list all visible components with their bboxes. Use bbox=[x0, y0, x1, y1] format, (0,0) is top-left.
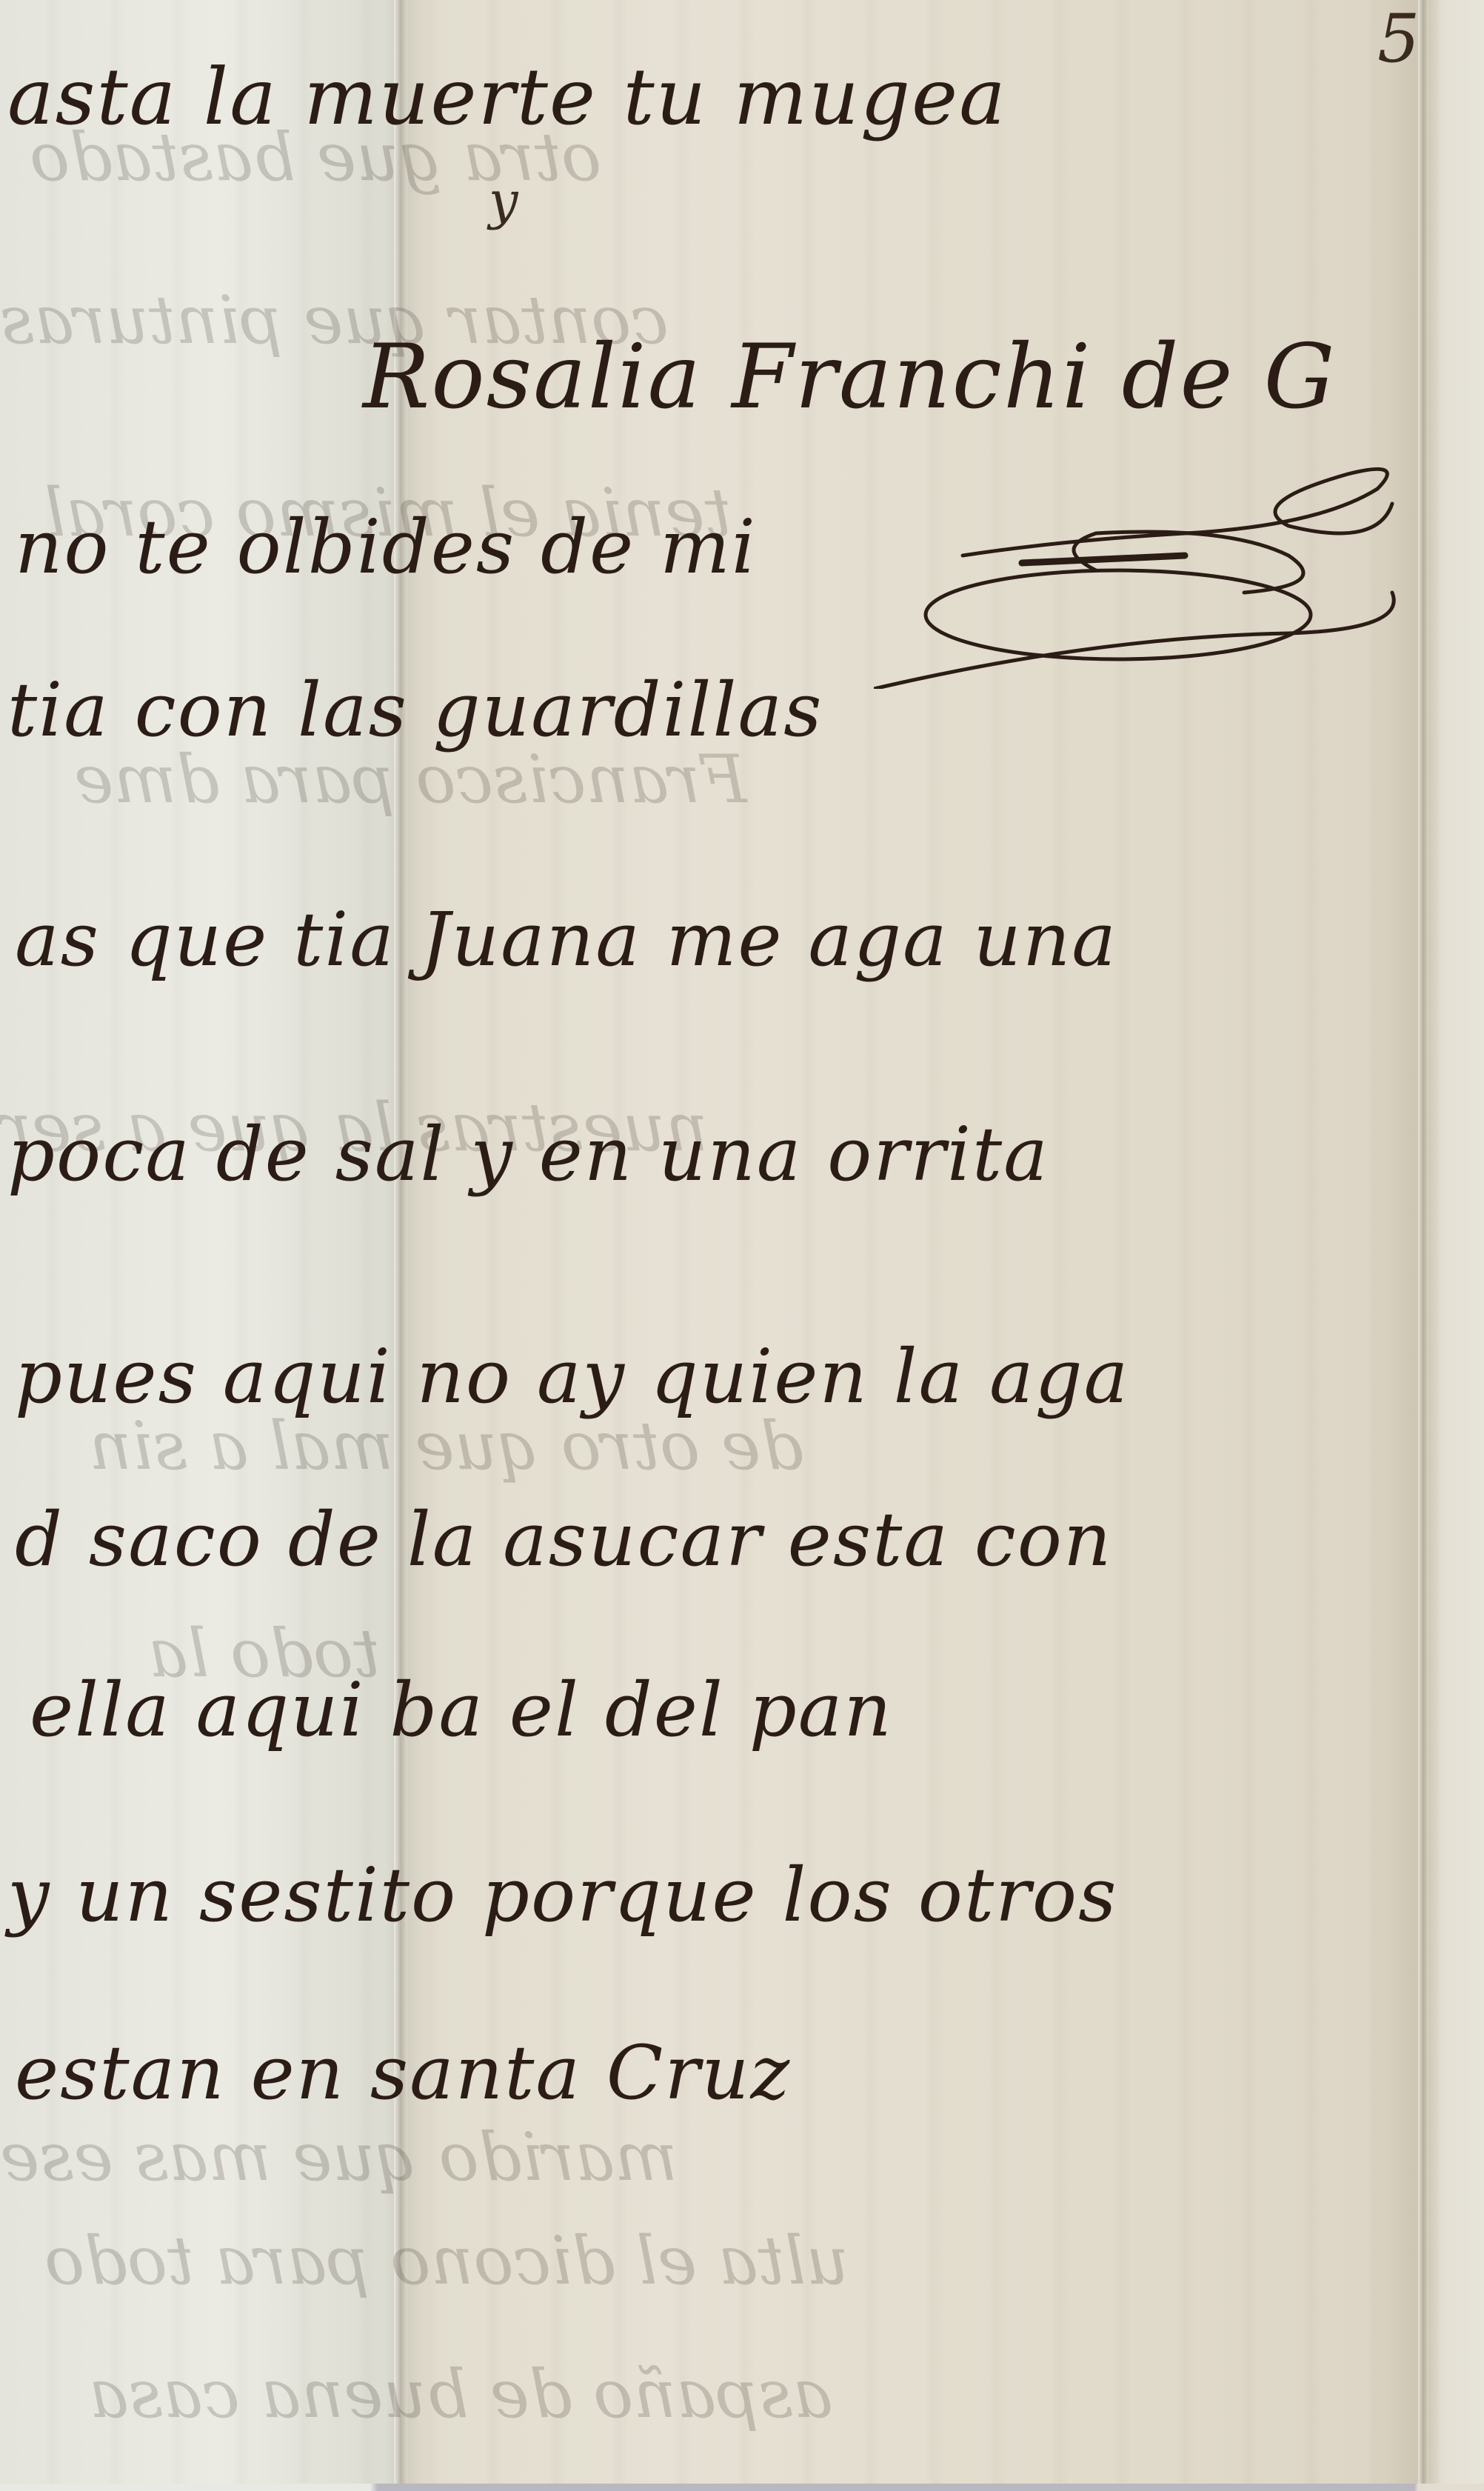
page-number-mark: 5 bbox=[1377, 0, 1420, 78]
bleed-through-text: aspaño de buena casa bbox=[89, 2355, 832, 2433]
bleed-through-text: ulta el dicono para todo bbox=[44, 2222, 849, 2300]
signature-name: Rosalia Franchi de G bbox=[363, 326, 1336, 429]
photo-bottom-edge bbox=[0, 2484, 1484, 2491]
bleed-through-text: marido que mas ese bbox=[0, 2118, 678, 2196]
closing-mark: y bbox=[489, 170, 518, 231]
letter-line-9: y un sestito porque los otros bbox=[7, 1852, 1117, 1938]
letter-page: otra gue bastado contar que pinturas ten… bbox=[0, 0, 1484, 2491]
letter-line-2: no te olbides de mi bbox=[15, 504, 757, 590]
letter-line-4: as que tia Juana me aga una bbox=[15, 896, 1117, 983]
letter-line-7: d saco de la asucar esta con bbox=[15, 1496, 1112, 1583]
paper-fold-right bbox=[1418, 0, 1428, 2491]
letter-line-1: asta la muerte tu mugea bbox=[7, 52, 1007, 142]
signature-flourish-icon bbox=[874, 444, 1481, 689]
letter-line-8: ella aqui ba el del pan bbox=[30, 1667, 893, 1753]
letter-line-3: tia con las guardillas bbox=[7, 667, 823, 753]
letter-line-10: estan en santa Cruz bbox=[15, 2030, 791, 2116]
letter-line-5: poca de sal y en una orrita bbox=[7, 1111, 1049, 1198]
letter-line-6: pues aqui no ay quien la aga bbox=[15, 1333, 1129, 1420]
